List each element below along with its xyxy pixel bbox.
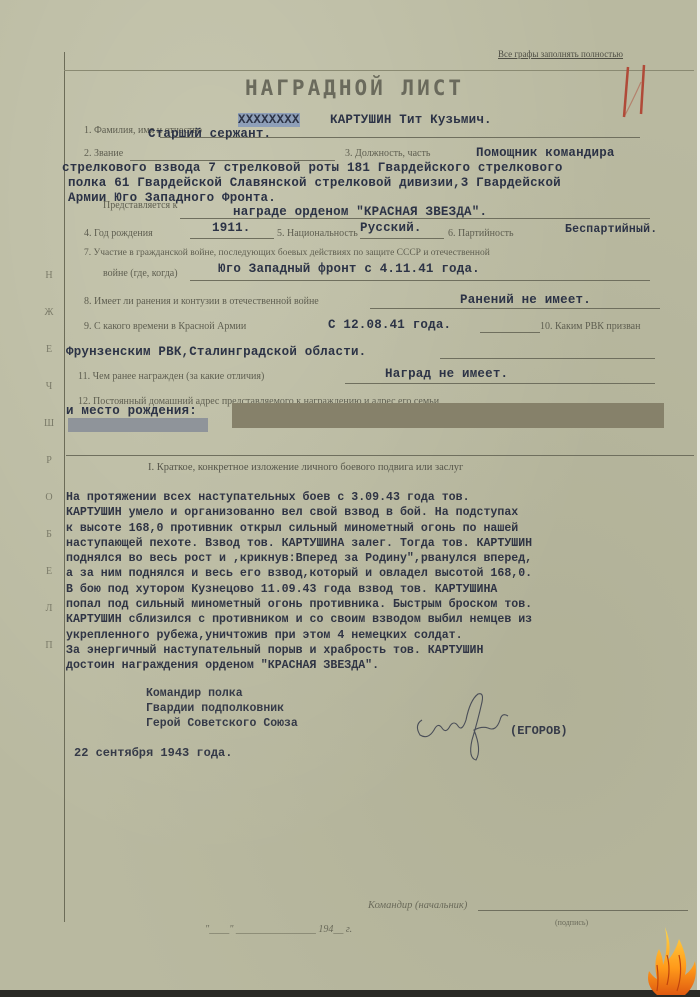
margin-letter: Л — [42, 603, 56, 614]
field-9-service-since: С 12.08.41 года. — [328, 318, 451, 332]
margin-letter: Б — [42, 529, 56, 540]
field-10-recruitment-office: Фрунзенским РВК,Сталинградской области. — [66, 345, 366, 359]
section-heading: I. Краткое, конкретное изложение личного… — [148, 462, 463, 473]
redacted-address-block-left — [68, 418, 208, 432]
citation-text: На протяжении всех наступательных боев с… — [66, 490, 694, 674]
margin-letter: Е — [42, 344, 56, 355]
margin-letter: Ж — [42, 307, 56, 318]
fill-all-fields-note: Все графы заполнять полностью — [498, 49, 623, 59]
field-7-rule — [190, 280, 650, 281]
citation-line: попал под сильный минометный огонь проти… — [66, 597, 694, 612]
field-11-previous-awards: Наград не имеет. — [385, 367, 508, 381]
field-4-label: 4. Год рождения — [84, 228, 153, 239]
citation-line: В бою под хутором Кузнецово 11.09.43 год… — [66, 582, 694, 597]
field-10-label: 10. Каким РВК призван — [540, 321, 640, 332]
margin-letter: П — [42, 640, 56, 651]
citation-line: На протяжении всех наступательных боев с… — [66, 490, 694, 505]
signature-date: 22 сентября 1943 года. — [74, 746, 232, 760]
commander-signature-rule — [478, 910, 688, 911]
page-bottom-edge — [0, 990, 700, 997]
margin-letter: Ш — [42, 418, 56, 429]
field-7-label-line2: войне (где, когда) — [103, 268, 178, 279]
top-rule — [64, 70, 694, 71]
field-8-wounds: Ранений не имеет. — [460, 293, 591, 307]
field-12-birthplace-label: и место рождения: — [66, 404, 197, 418]
award-sheet-page: Все графы заполнять полностью НАГРАДНОЙ … — [0, 0, 697, 990]
field-11-rule — [345, 383, 655, 384]
citation-line: КАРТУШИН умело и организованно вел свой … — [66, 505, 694, 520]
field-3-position-line2: стрелкового взвода 7 стрелковой роты 181… — [62, 161, 563, 175]
signature-caption: (подпись) — [555, 918, 588, 927]
margin-letter: О — [42, 492, 56, 503]
margin-letter: Ч — [42, 381, 56, 392]
signatory-name: (ЕГОРОВ) — [510, 724, 568, 738]
document-title: НАГРАДНОЙ ЛИСТ — [245, 76, 464, 100]
field-3-label: 3. Должность, часть — [345, 148, 430, 159]
signatory-rank: Гвардии подполковник — [146, 701, 298, 716]
signatory-position: Командир полка — [146, 686, 298, 701]
citation-line: укрепленного рубежа,уничтожив при этом 4… — [66, 628, 694, 643]
field-10-rule — [440, 358, 655, 359]
citation-line: поднялся во весь рост и ,крикнув:Вперед … — [66, 551, 694, 566]
field-8-label: 8. Имеет ли ранения и контузии в отечест… — [84, 296, 319, 307]
field-5-label: 5. Национальность — [277, 228, 358, 239]
presented-award: награде орденом "КРАСНАЯ ЗВЕЗДА". — [233, 205, 487, 219]
citation-line: а за ним поднялся и весь его взвод,котор… — [66, 566, 694, 581]
field-5-rule — [360, 238, 444, 239]
field-6-label: 6. Партийность — [448, 228, 514, 239]
margin-letter: Е — [42, 566, 56, 577]
citation-line: к высоте 168,0 противник открыл сильный … — [66, 521, 694, 536]
field-2-rank: Старший сержант. — [148, 127, 271, 141]
field-3-position-line3: полка 61 Гвардейской Славянской стрелков… — [68, 176, 561, 190]
blank-date-line: "____" ________________ 194__ г. — [205, 924, 352, 935]
section-top-rule — [66, 455, 694, 456]
citation-line: достоин награждения орденом "КРАСНАЯ ЗВЕ… — [66, 658, 694, 673]
citation-line: КАРТУШИН сблизился с противником и со св… — [66, 612, 694, 627]
margin-letter: Н — [42, 270, 56, 281]
field-9-label: 9. С какого времени в Красной Армии — [84, 321, 246, 332]
left-margin-line — [64, 52, 65, 922]
field-9-rule — [480, 332, 540, 333]
signatory-block: Командир полка Гвардии подполковник Геро… — [146, 686, 298, 731]
field-7-label-line1: 7. Участие в гражданской войне, последую… — [84, 248, 490, 258]
presented-rule — [180, 218, 650, 219]
citation-line: За энергичный наступательный порыв и хра… — [66, 643, 694, 658]
field-6-party: Беспартийный. — [565, 223, 657, 236]
field-4-birth-year: 1911. — [212, 221, 251, 235]
field-8-rule — [370, 308, 660, 309]
field-1-full-name: КАРТУШИН Тит Кузьмич. — [330, 113, 492, 127]
field-7-war-participation: Юго Западный фронт с 4.11.41 года. — [218, 262, 480, 276]
field-4-rule — [190, 238, 274, 239]
field-1-redacted-name: ХХХХХХХХ — [238, 113, 300, 127]
field-5-nationality: Русский. — [360, 221, 422, 235]
field-3-position-line1: Помощник командира — [476, 146, 615, 160]
citation-line: наступающей пехоте. Взвод тов. КАРТУШИНА… — [66, 536, 694, 551]
flame-logo-icon — [645, 925, 697, 997]
field-11-label: 11. Чем ранее награжден (за какие отличи… — [78, 371, 264, 382]
field-2-label: 2. Звание — [84, 148, 123, 159]
red-roman-numeral-mark — [620, 62, 650, 122]
commander-label: Командир (начальник) — [368, 900, 467, 911]
margin-vertical-letters: Н Ж Е Ч Ш Р О Б Е Л П — [42, 270, 56, 677]
presented-label: Представляется к — [103, 200, 178, 211]
signatory-title: Герой Советского Союза — [146, 716, 298, 731]
redacted-address-block — [232, 403, 664, 428]
margin-letter: Р — [42, 455, 56, 466]
handwritten-signature — [412, 690, 522, 765]
